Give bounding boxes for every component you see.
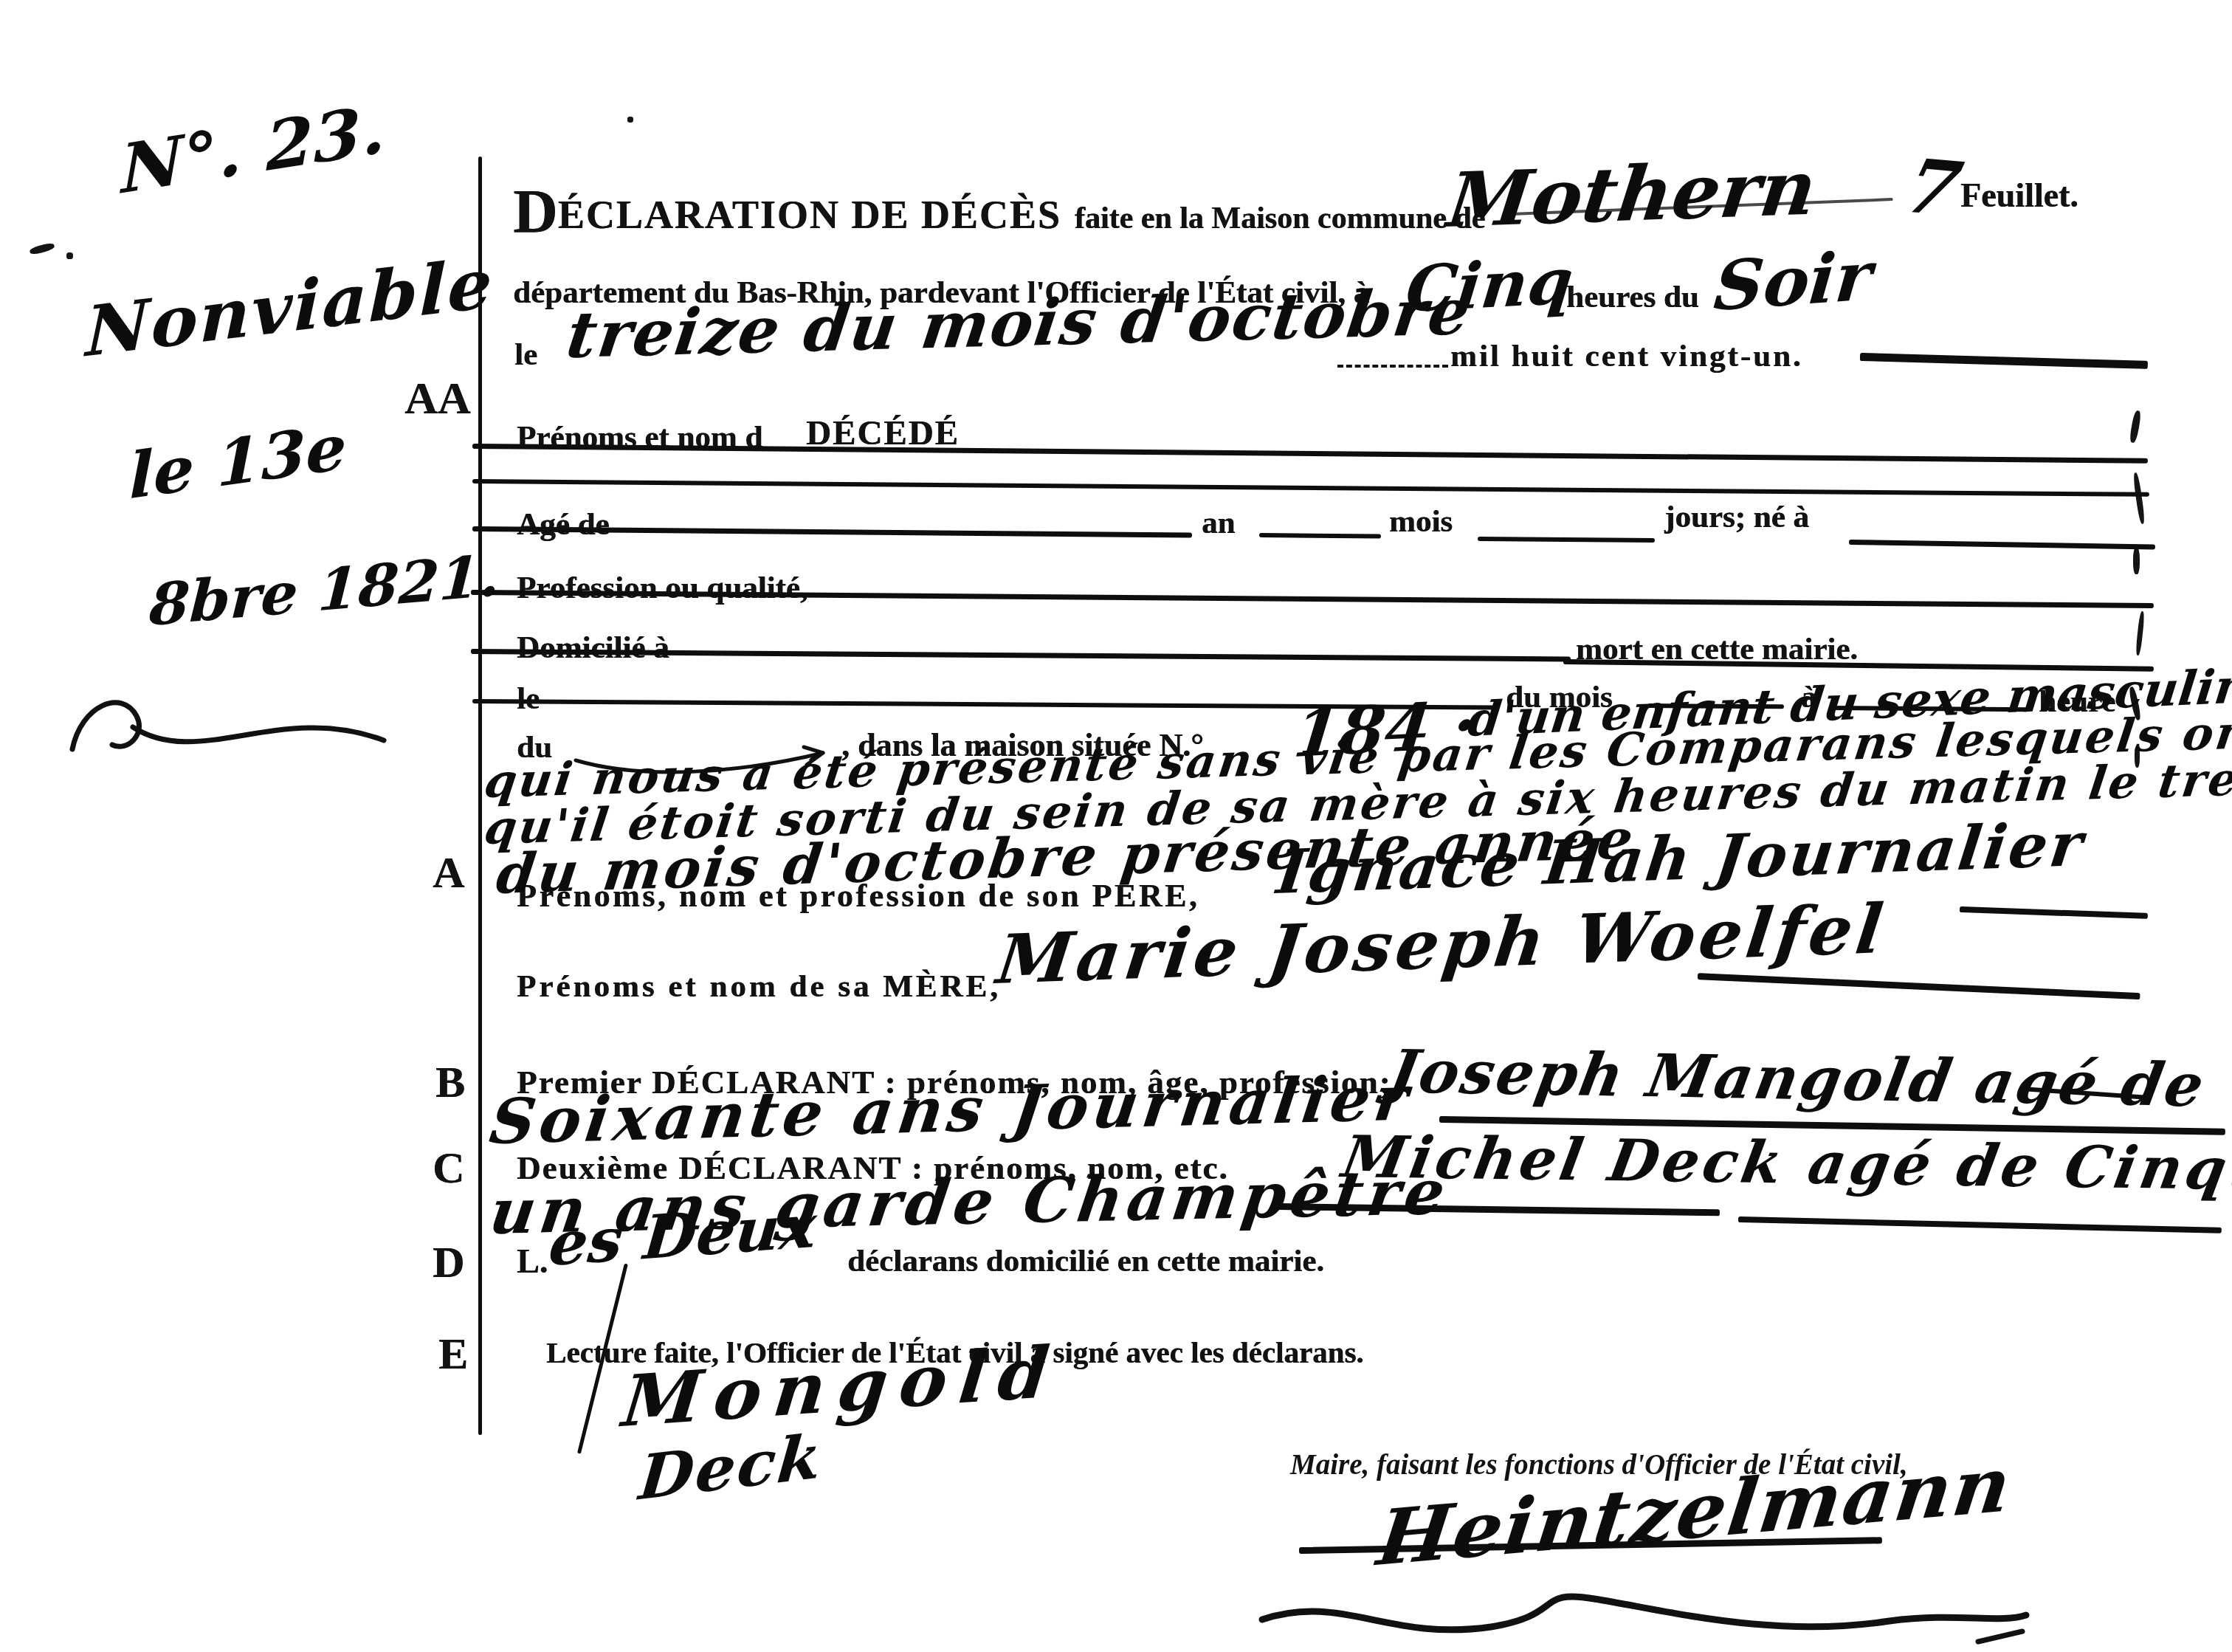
feuillet-label: Feuillet.	[1960, 176, 2078, 215]
mois-label: mois	[1389, 503, 1453, 540]
declaration-title: DÉCLARATION DE DÉCÈS faite en la Maison …	[513, 182, 1485, 244]
fill-line	[1698, 973, 2140, 999]
fill-dash-line	[1337, 365, 1448, 368]
profession-label: Profession ou qualité,	[517, 570, 808, 606]
death-declaration-document: N°. 23. Nonviable le 13e 8bre 1821. AA A…	[0, 0, 2232, 1652]
mere-label: Prénoms et nom de sa MÈRE,	[517, 968, 1001, 1005]
declarant2-handwritten: Michel Deck agé de Cinquan	[1337, 1123, 2232, 1205]
ink-speck	[2132, 472, 2146, 524]
fill-line	[1860, 353, 2148, 369]
both-declarants-label: déclarans domicilié en cette mairie.	[847, 1243, 1324, 1279]
ink-speck	[29, 242, 55, 255]
section-letter-e: E	[438, 1329, 468, 1380]
le-label: le	[514, 337, 537, 373]
commune-name-handwritten: Mothern	[1443, 144, 1821, 245]
section-letter-c: C	[433, 1143, 464, 1194]
fill-line	[1478, 537, 1655, 543]
heures-du-label: heures du	[1566, 279, 1699, 315]
ink-speck	[2129, 410, 2141, 443]
margin-nonviable-note: Nonviable	[85, 243, 495, 373]
declarant1-handwritten: Joseph Mangold agé de	[1384, 1036, 2211, 1120]
jours-ne-label: jours; né à	[1664, 499, 1809, 535]
section-letter-d: D	[433, 1237, 464, 1288]
margin-date-day: le 13e	[129, 410, 347, 514]
margin-flourish	[59, 675, 399, 786]
ink-speck	[66, 252, 73, 259]
title-drop-cap: D	[513, 178, 558, 247]
an-label: an	[1202, 505, 1235, 541]
fill-line	[472, 479, 2149, 497]
title-tail: faite en la Maison commune de	[1075, 202, 1485, 235]
section-letter-b: B	[435, 1057, 465, 1108]
fill-line	[1960, 906, 2148, 919]
period-handwritten: Soir	[1711, 236, 1875, 326]
fill-line	[1738, 1216, 2222, 1233]
feuillet-number-handwritten: 7	[1897, 142, 1970, 233]
year-printed: mil huit cent vingt-un.	[1450, 338, 1803, 374]
section-letter-aa: AA	[404, 373, 471, 425]
domicile-label: Domicilié à	[517, 630, 669, 666]
fill-line	[1849, 540, 2155, 550]
signature-flourish	[1255, 1584, 2037, 1651]
ink-speck	[2135, 611, 2145, 655]
margin-date-year: 8bre 1821.	[148, 542, 502, 639]
title-caps: ÉCLARATION DE DÉCÈS	[558, 193, 1061, 237]
age-label: Agé de	[517, 506, 609, 543]
section-letter-a: A	[433, 847, 464, 898]
ink-speck	[627, 117, 633, 123]
ink-speck	[2133, 548, 2140, 574]
fill-line	[1259, 533, 1381, 538]
margin-separator-vertical-rule	[478, 156, 482, 1435]
margin-act-number: N°. 23.	[120, 89, 386, 209]
